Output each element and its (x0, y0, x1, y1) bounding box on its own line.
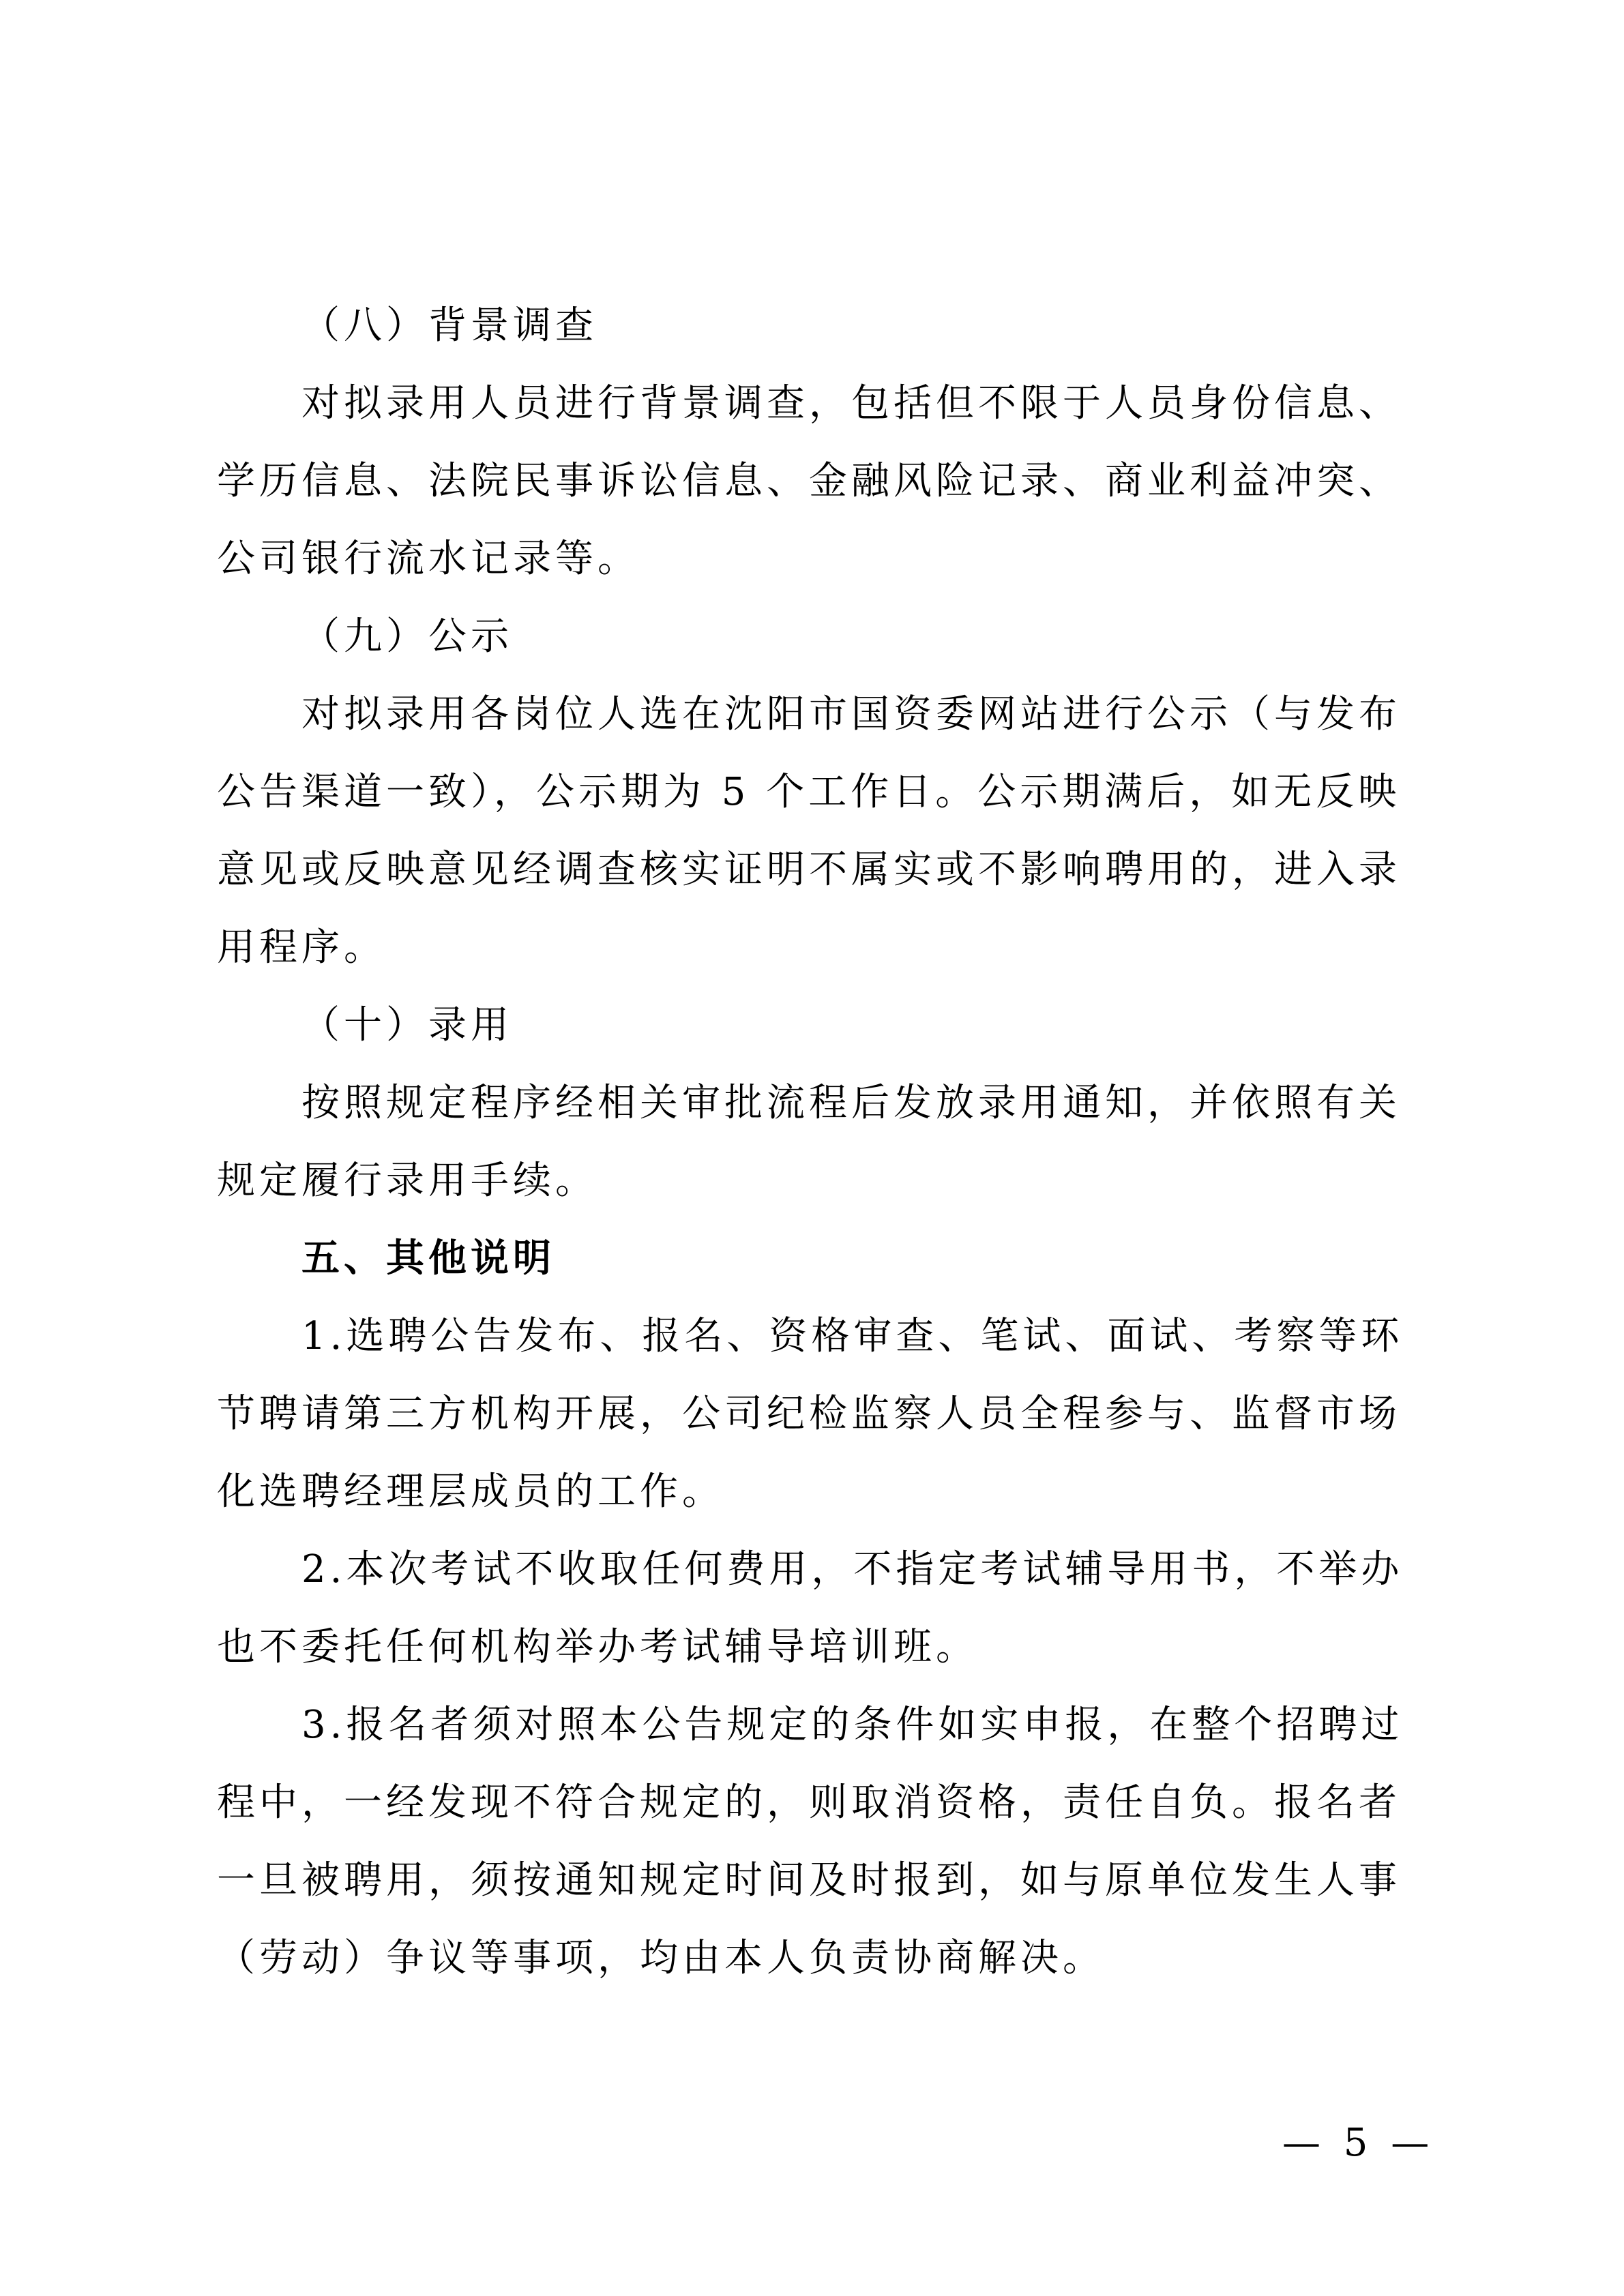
paragraph-line: 意见或反映意见经调查核实证明不属实或不影响聘用的，进入录 (217, 843, 1401, 897)
paragraph-line: 2.本次考试不收取任何费用，不指定考试辅导用书，不举办 (301, 1542, 1403, 1597)
paragraph-line: 公告渠道一致），公示期为 5 个工作日。公示期满后，如无反映 (217, 765, 1400, 820)
paragraph-line: 一旦被聘用，须按通知规定时间及时报到，如与原单位发生人事 (217, 1853, 1401, 1908)
paragraph-line: 按照规定程序经相关审批流程后发放录用通知，并依照有关 (301, 1076, 1401, 1131)
paragraph-line: 用程序。 (217, 921, 386, 975)
paragraph-line: 学历信息、法院民事诉讼信息、金融风险记录、商业利益冲突、 (217, 454, 1401, 509)
paragraph-line: 对拟录用各岗位人选在沈阳市国资委网站进行公示（与发布 (301, 687, 1401, 742)
paragraph-line: （劳动）争议等事项，均由本人负责协商解决。 (217, 1931, 1105, 1986)
section-heading-hiring: （十）录用 (301, 998, 513, 1053)
paragraph-line: 对拟录用人员进行背景调查，包括但不限于人员身份信息、 (301, 376, 1401, 431)
paragraph-line: 程中，一经发现不符合规定的，则取消资格，责任自负。报名者 (217, 1776, 1401, 1830)
paragraph-line: 节聘请第三方机构开展，公司纪检监察人员全程参与、监督市场 (217, 1387, 1401, 1442)
section-heading-other-notes: 五、其他说明 (301, 1232, 555, 1286)
section-heading-background-check: （八）背景调查 (301, 299, 597, 353)
page-number: — 5 — (1282, 2121, 1434, 2165)
paragraph-line: 规定履行录用手续。 (217, 1154, 597, 1208)
paragraph-line: 也不委托任何机构举办考试辅导培训班。 (217, 1620, 978, 1675)
paragraph-line: 1.选聘公告发布、报名、资格审查、笔试、面试、考察等环 (301, 1309, 1403, 1364)
paragraph-line: 化选聘经理层成员的工作。 (217, 1465, 724, 1519)
paragraph-line: 3.报名者须对照本公告规定的条件如实申报，在整个招聘过 (301, 1698, 1403, 1753)
paragraph-line: 公司银行流水记录等。 (217, 532, 640, 586)
section-heading-public-notice: （九）公示 (301, 610, 513, 664)
